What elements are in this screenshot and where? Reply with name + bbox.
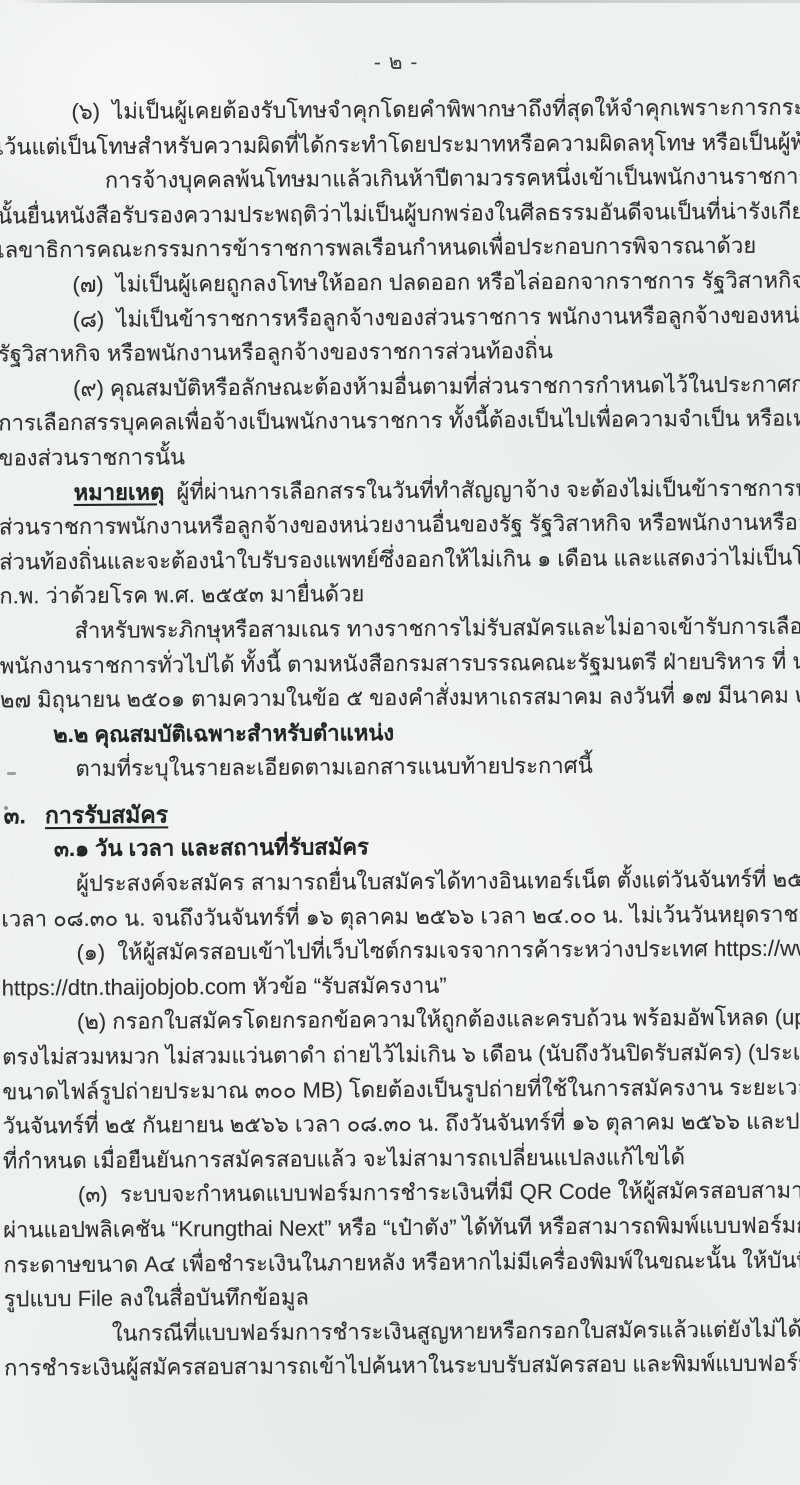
text-segment: ๓. <box>4 802 26 828</box>
text-segment: รูปแบบ File ลงในสื่อบันทึกข้อมูล <box>4 1285 309 1312</box>
text-line: ๓.๑ วัน เวลา และสถานที่รับสมัคร <box>54 828 800 867</box>
text-line: ก.พ. ว่าด้วยโรค พ.ศ. ๒๕๕๓ มายื่นด้วย <box>0 575 800 615</box>
underlined-text: การรับสมัคร <box>45 801 168 828</box>
text-line: ๓. การรับสมัคร <box>4 793 800 832</box>
scan-edge-artifact <box>16 0 800 3</box>
text-segment: ๒.๒ คุณสมบัติเฉพาะสำหรับตำแหน่ง <box>53 720 394 747</box>
text-segment: (๒) กรอกใบสมัครโดยกรอกข้อความให้ถูกต้องแ… <box>77 1004 800 1034</box>
text-segment: ๓.๑ วัน เวลา และสถานที่รับสมัคร <box>54 835 369 862</box>
document-body: (๖) ไม่เป็นผู้เคยต้องรับโทษจำคุกโดยคำพิพ… <box>0 91 800 1387</box>
text-segment: วันจันทร์ที่ ๒๕ กันยายน ๒๕๖๖ เวลา ๐๘.๓๐ … <box>3 1108 800 1139</box>
text-segment: ส่วนท้องถิ่นและจะต้องนำใบรับรองแพทย์ซึ่ง… <box>0 543 800 574</box>
text-segment: ส่วนราชการพนักงานหรือลูกจ้างของหน่วยงานอ… <box>0 509 800 540</box>
text-segment: ตามที่ระบุในรายละเอียดตามเอกสารแนบท้ายปร… <box>75 753 592 781</box>
text-line: ในกรณีที่แบบฟอร์มการชำระเงินสูญหายหรือกร… <box>112 1312 800 1351</box>
text-line: ที่กำหนด เมื่อยืนยันการสมัครสอบแล้ว จะไม… <box>3 1139 800 1179</box>
text-line: (๑) ให้ผู้สมัครสอบเข้าไปที่เว็บไซต์กรมเจ… <box>76 932 800 971</box>
text-line: (๒) กรอกใบสมัครโดยกรอกข้อความให้ถูกต้องแ… <box>77 1001 800 1040</box>
text-line: หมายเหตุ ผู้ที่ผ่านการเลือกสรรในวันที่ทำ… <box>74 471 800 510</box>
text-line: ส่วนราชการพนักงานหรือลูกจ้างของหน่วยงานอ… <box>0 506 800 546</box>
text-segment: การเลือกสรรบุคคลเพื่อจ้างเป็นพนักงานราชก… <box>0 405 800 436</box>
text-segment: พนักงานราชการทั่วไปได้ ทั้งนี้ ตามหนังสื… <box>0 647 800 678</box>
text-line: (๖) ไม่เป็นผู้เคยต้องรับโทษจำคุกโดยคำพิพ… <box>71 91 800 130</box>
text-segment: ผู้ประสงค์จะสมัคร สามารถยื่นใบสมัครได้ทา… <box>76 866 800 896</box>
page-number: - ๒ - <box>0 44 796 82</box>
text-line: เวลา ๐๘.๓๐ น. จนถึงวันจันทร์ที่ ๑๖ ตุลาค… <box>1 897 800 937</box>
text-segment: เวลา ๐๘.๓๐ น. จนถึงวันจันทร์ที่ ๑๖ ตุลาค… <box>1 900 800 931</box>
text-line: ตามที่ระบุในรายละเอียดตามเอกสารแนบท้ายปร… <box>75 748 800 787</box>
text-segment: (๗) ไม่เป็นผู้เคยถูกลงโทษให้ออก ปลดออก ห… <box>72 266 800 297</box>
text-segment: (๖) ไม่เป็นผู้เคยต้องรับโทษจำคุกโดยคำพิพ… <box>71 93 800 124</box>
text-line: https://dtn.thaijobjob.com หัวข้อ “รับสม… <box>2 966 800 1006</box>
text-line: การเลือกสรรบุคคลเพื่อจ้างเป็นพนักงานราชก… <box>0 402 800 442</box>
text-line: การชำระเงินผู้สมัครสอบสามารถเข้าไปค้นหาใ… <box>4 1347 800 1387</box>
underlined-text: หมายเหตุ <box>74 479 165 505</box>
text-line: (๙) คุณสมบัติหรือลักษณะต้องห้ามอื่นตามที… <box>73 367 800 406</box>
text-segment: (๑) ให้ผู้สมัครสอบเข้าไปที่เว็บไซต์กรมเจ… <box>76 935 800 965</box>
text-segment: (๘) ไม่เป็นข้าราชการหรือลูกจ้างของส่วนรา… <box>73 301 800 331</box>
text-line: (๓) ระบบจะกำหนดแบบฟอร์มการชำระเงินที่มี … <box>78 1174 800 1213</box>
text-segment: ที่กำหนด เมื่อยืนยันการสมัครสอบแล้ว จะไม… <box>3 1144 685 1173</box>
text-segment: ผ่านแอปพลิเคชัน “Krungthai Next” หรือ “เ… <box>3 1212 800 1243</box>
text-line: ๒๗ มิถุนายน ๒๕๐๑ ตามความในข้อ ๕ ของคำสั่… <box>0 679 800 719</box>
text-segment: การชำระเงินผู้สมัครสอบสามารถเข้าไปค้นหาใ… <box>4 1350 800 1381</box>
text-line: รูปแบบ File ลงในสื่อบันทึกข้อมูล <box>4 1278 800 1318</box>
text-line: ผู้ประสงค์จะสมัคร สามารถยื่นใบสมัครได้ทา… <box>76 863 800 902</box>
text-segment: สำหรับพระภิกษุหรือสามเณร ทางราชการไม่รับ… <box>74 612 800 642</box>
text-segment <box>26 802 45 828</box>
text-segment: ของส่วนราชการนั้น <box>0 444 185 470</box>
text-segment: (๓) ระบบจะกำหนดแบบฟอร์มการชำระเงินที่มี … <box>78 1177 800 1207</box>
text-line: สำหรับพระภิกษุหรือสามเณร ทางราชการไม่รับ… <box>74 609 800 648</box>
text-line: ๒.๒ คุณสมบัติเฉพาะสำหรับตำแหน่ง <box>53 713 800 752</box>
text-line: เลขาธิการคณะกรรมการข้าราชการพลเรือนกำหนด… <box>0 229 800 269</box>
text-segment: นั้นยื่นหนังสือรับรองความประพฤติว่าไม่เป… <box>0 197 800 228</box>
text-segment: (๙) คุณสมบัติหรือลักษณะต้องห้ามอื่นตามที… <box>73 370 800 400</box>
text-line: พนักงานราชการทั่วไปได้ ทั้งนี้ ตามหนังสื… <box>0 644 800 684</box>
text-segment: ก.พ. ว่าด้วยโรค พ.ศ. ๒๕๕๓ มายื่นด้วย <box>0 582 364 609</box>
text-segment: กระดาษขนาด A๔ เพื่อชำระเงินในภายหลัง หรื… <box>3 1246 800 1277</box>
text-line: นั้นยื่นหนังสือรับรองความประพฤติว่าไม่เป… <box>0 194 800 234</box>
text-line: รัฐวิสาหกิจ หรือพนักงานหรือลูกจ้างของราช… <box>0 333 800 373</box>
text-segment: https://dtn.thaijobjob.com หัวข้อ “รับสม… <box>2 973 447 1001</box>
text-segment: ในกรณีที่แบบฟอร์มการชำระเงินสูญหายหรือกร… <box>112 1315 800 1345</box>
text-segment: เลขาธิการคณะกรรมการข้าราชการพลเรือนกำหนด… <box>0 233 756 263</box>
text-segment: ๒๗ มิถุนายน ๒๕๐๑ ตามความในข้อ ๕ ของคำสั่… <box>0 682 800 712</box>
text-segment: การจ้างบุคคลพ้นโทษมาแล้วเกินห้าปีตามวรรค… <box>105 163 800 193</box>
text-segment: ขนาดไฟล์รูปถ่ายประมาณ ๓๐๐ MB) โดยต้องเป็… <box>2 1073 800 1104</box>
text-segment: ผู้ที่ผ่านการเลือกสรรในวันที่ทำสัญญาจ้าง… <box>164 474 800 504</box>
text-line: เว้นแต่เป็นโทษสำหรับความผิดที่ได้กระทำโด… <box>0 125 800 165</box>
text-line: กระดาษขนาด A๔ เพื่อชำระเงินในภายหลัง หรื… <box>3 1243 800 1283</box>
text-line: ผ่านแอปพลิเคชัน “Krungthai Next” หรือ “เ… <box>3 1209 800 1249</box>
text-segment: ตรงไม่สวมหมวก ไม่สวมแว่นตาดำ ถ่ายไว้ไม่เ… <box>2 1039 800 1070</box>
text-line: (๗) ไม่เป็นผู้เคยถูกลงโทษให้ออก ปลดออก ห… <box>72 263 800 302</box>
text-segment: เว้นแต่เป็นโทษสำหรับความผิดที่ได้กระทำโด… <box>0 128 800 159</box>
text-line: ตรงไม่สวมหมวก ไม่สวมแว่นตาดำ ถ่ายไว้ไม่เ… <box>2 1036 800 1076</box>
text-line: การจ้างบุคคลพ้นโทษมาแล้วเกินห้าปีตามวรรค… <box>105 160 800 199</box>
text-line: (๘) ไม่เป็นข้าราชการหรือลูกจ้างของส่วนรา… <box>73 298 800 337</box>
text-line: ส่วนท้องถิ่นและจะต้องนำใบรับรองแพทย์ซึ่ง… <box>0 540 800 580</box>
scanned-document-page: - ๒ - (๖) ไม่เป็นผู้เคยต้องรับโทษจำคุกโด… <box>0 0 800 1485</box>
text-line: ของส่วนราชการนั้น <box>0 436 800 476</box>
text-segment: รัฐวิสาหกิจ หรือพนักงานหรือลูกจ้างของราช… <box>0 338 553 366</box>
text-line: ขนาดไฟล์รูปถ่ายประมาณ ๓๐๐ MB) โดยต้องเป็… <box>2 1070 800 1110</box>
text-line: วันจันทร์ที่ ๒๕ กันยายน ๒๕๖๖ เวลา ๐๘.๓๐ … <box>2 1105 800 1145</box>
